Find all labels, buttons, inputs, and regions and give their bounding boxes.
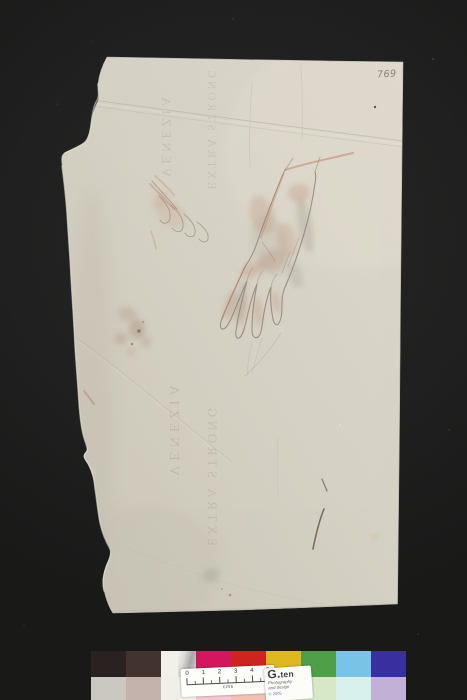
color-swatch [371,651,406,677]
color-swatch [126,651,161,677]
artwork-photo-canvas: VENEZIA EXTRA STRONG VENEZIA EXTRA STRON… [0,0,467,700]
ruler-tick-number: 0 [185,671,190,677]
svg-text:EXTRA STRONG: EXTRA STRONG [205,404,219,546]
color-swatch [91,651,126,677]
color-swatch [371,677,406,700]
ruler-tick-number: 4 [249,668,254,674]
paper-shadow-bottom [80,505,220,625]
color-swatch [126,677,161,700]
photograph-of-drawing: VENEZIA EXTRA STRONG VENEZIA EXTRA STRON… [0,0,467,700]
svg-text:EXTRA STRONG: EXTRA STRONG [205,67,217,190]
ruler-label: 012345 cms [180,665,275,697]
catalog-number-inscription: 769 [377,68,397,80]
color-swatch [336,651,371,677]
svg-text:VENEZIA: VENEZIA [166,380,181,476]
ruler-tick-number: 3 [233,669,238,675]
color-swatch [336,677,371,700]
ruler-tick-number: 2 [217,669,222,675]
color-calibration-bar: 012345 cms G.ten Photography and design … [91,651,406,700]
ruler-tick-number: 1 [201,670,206,676]
photographer-credit-label: G.ten Photography and design © 2005 [264,665,313,700]
color-swatch [91,677,126,700]
svg-text:VENEZIA: VENEZIA [159,93,174,177]
